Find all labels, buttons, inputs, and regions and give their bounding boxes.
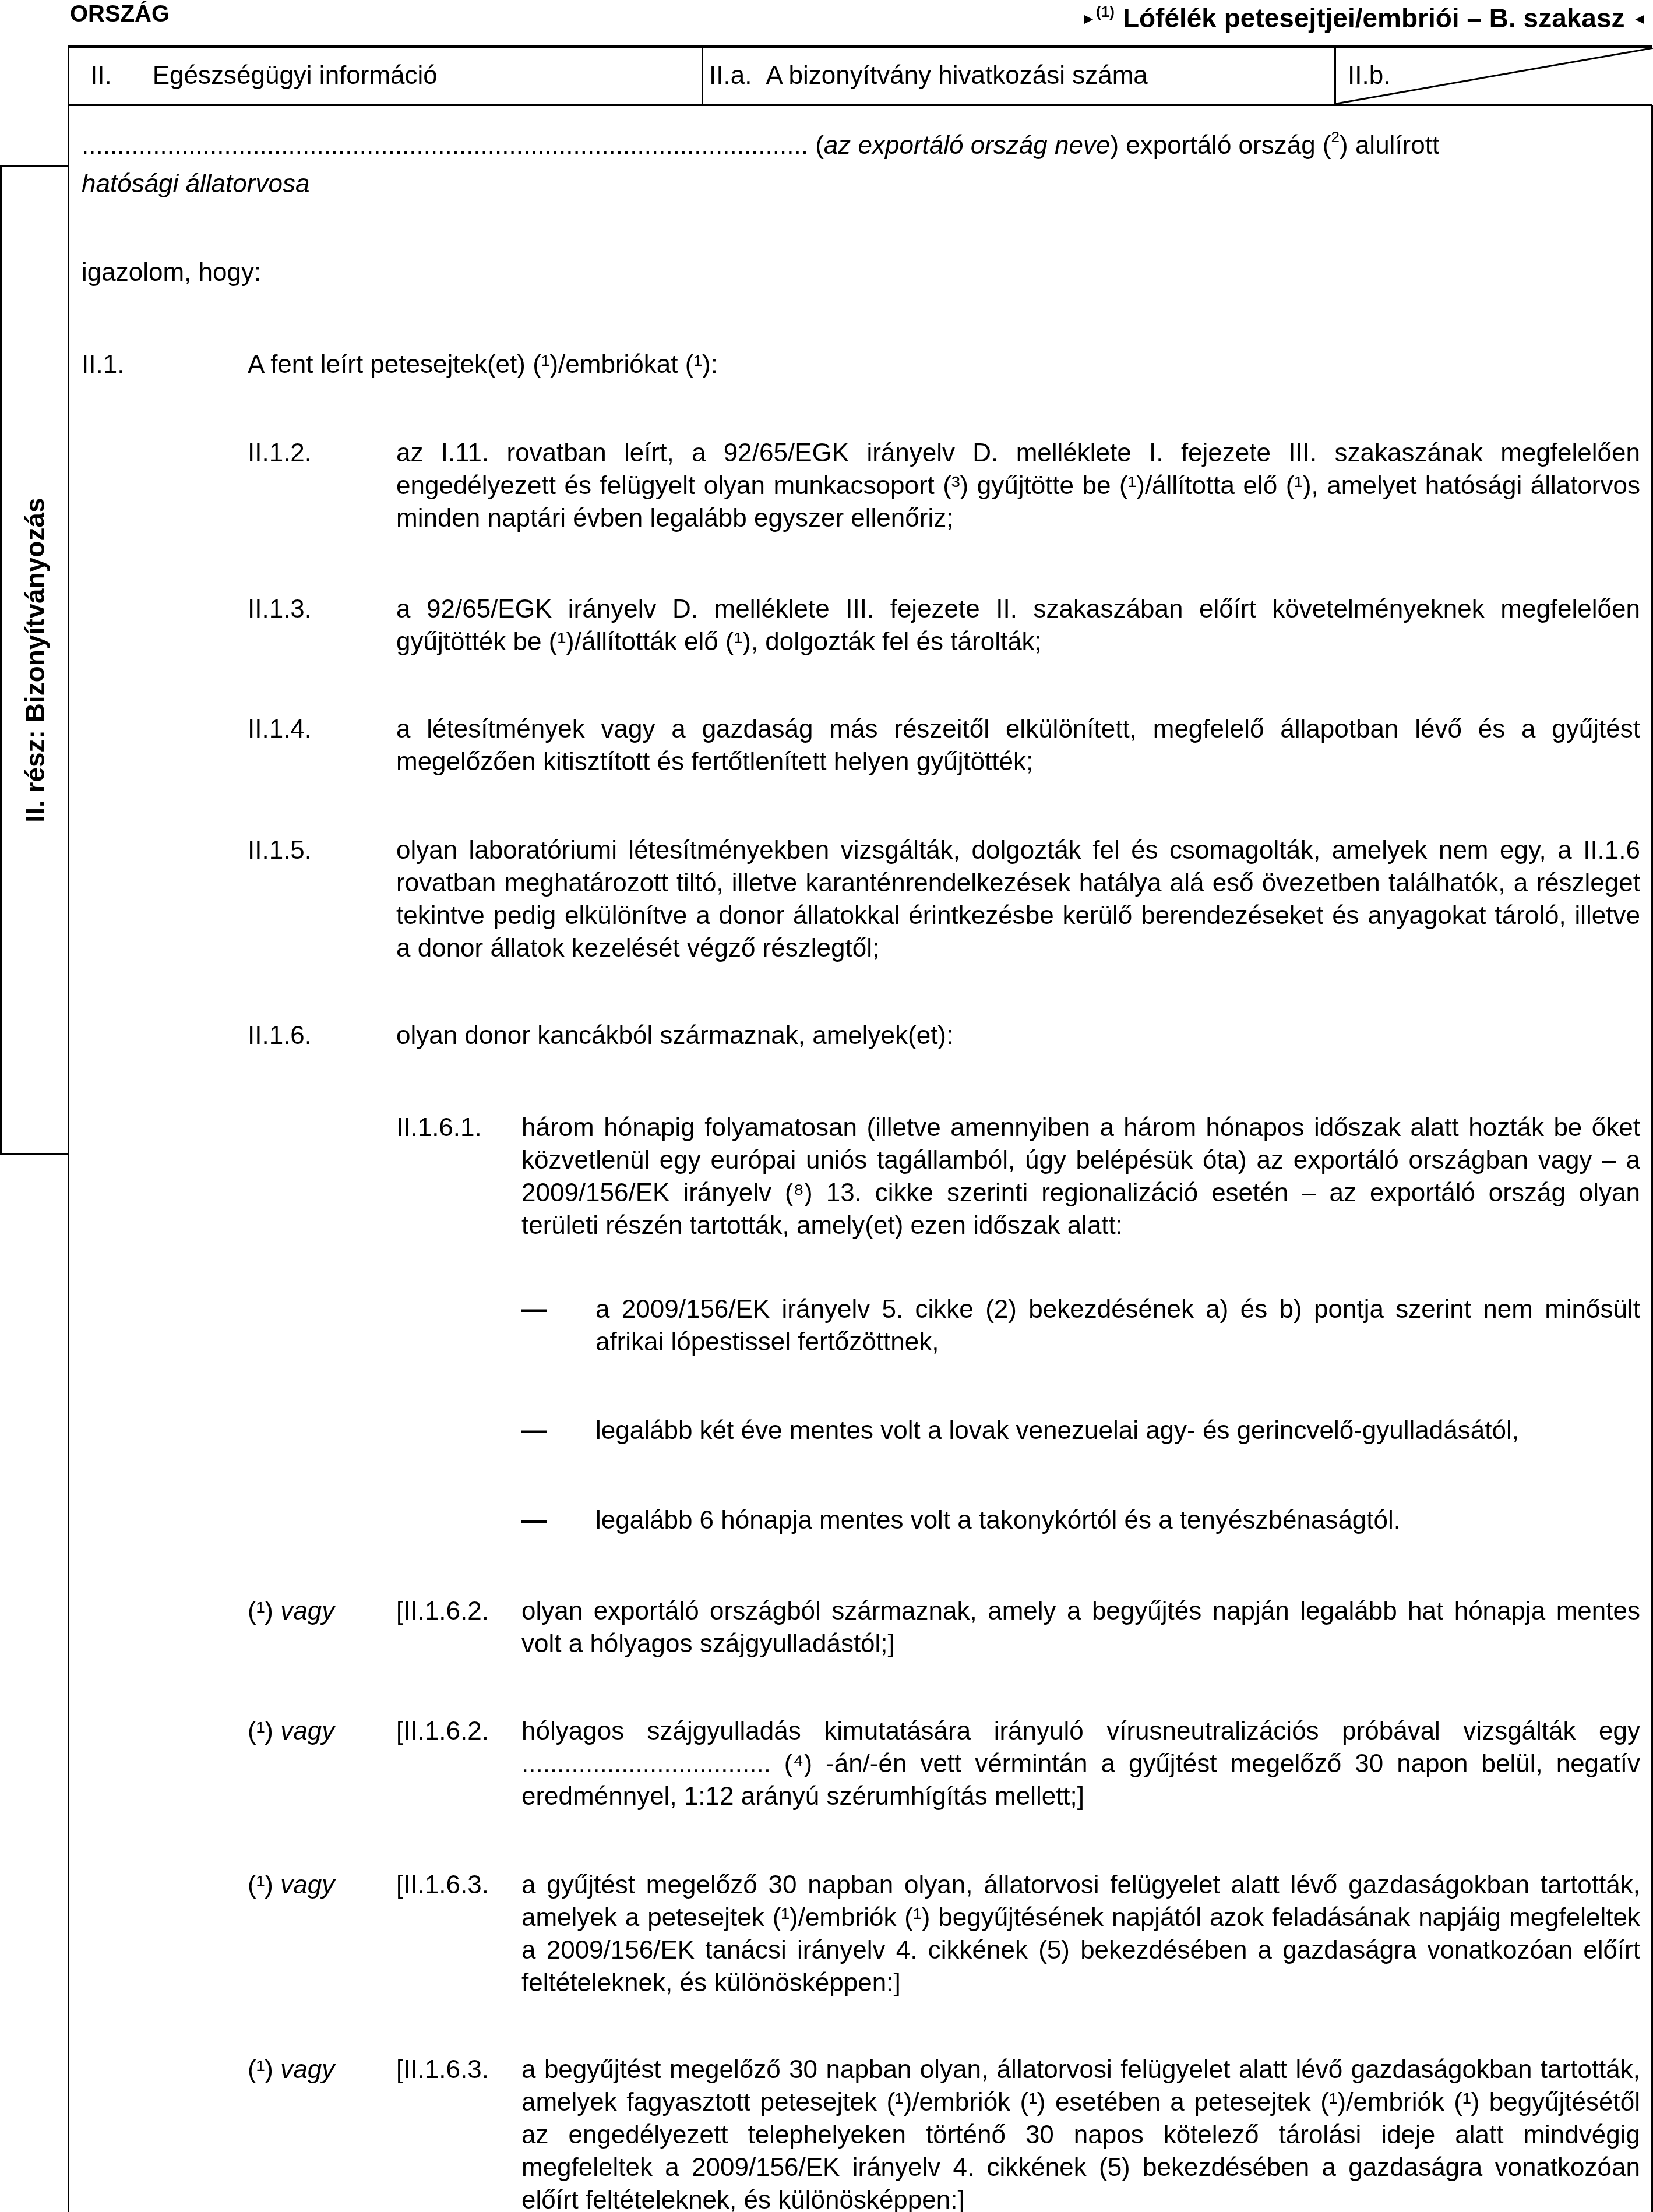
intro-text-end: alulírott bbox=[1355, 131, 1439, 160]
amendment-start-marker-icon: ► bbox=[1081, 10, 1096, 27]
footnote-ref: (¹) bbox=[248, 2055, 273, 2084]
field-iib-label: II.b. bbox=[1336, 48, 1390, 104]
page-heading: ►(1)Lófélék petesejtjei/embriói – B. sza… bbox=[1081, 2, 1647, 34]
section-number: II.1.6. bbox=[248, 1019, 312, 1052]
option-marker: (¹) vagy bbox=[248, 2054, 334, 2086]
section-text: a 92/65/EGK irányelv D. melléklete III. … bbox=[396, 593, 1640, 658]
section-number: II.1.4. bbox=[248, 713, 312, 746]
option-word: vagy bbox=[280, 1871, 334, 1899]
option-number: [II.1.6.3. bbox=[396, 2054, 489, 2086]
section-number: II.1.2. bbox=[248, 437, 312, 470]
subsection-number: II.1.6.1. bbox=[396, 1112, 482, 1144]
section-text: a létesítmények vagy a gazdaság más rész… bbox=[396, 713, 1640, 778]
dash-bullet-icon: — bbox=[521, 1504, 547, 1537]
section-number: II.1. bbox=[82, 348, 124, 381]
amendment-end-marker-icon: ◄ bbox=[1632, 10, 1647, 27]
option-text: a gyűjtést megelőző 30 napban olyan, áll… bbox=[521, 1869, 1640, 1999]
option-number: [II.1.6.2. bbox=[396, 1715, 489, 1748]
option-word: vagy bbox=[280, 1597, 334, 1625]
intro-line-2: hatósági állatorvosa bbox=[82, 168, 309, 200]
footnote-ref: (¹) bbox=[248, 1597, 273, 1625]
certify-text: igazolom, hogy: bbox=[82, 256, 261, 289]
footnote-ref: (¹) bbox=[248, 1717, 273, 1745]
country-label: ORSZÁG bbox=[70, 1, 170, 27]
subsection-text: három hónapig folyamatosan (illetve amen… bbox=[521, 1112, 1640, 1242]
frame-right-border bbox=[1651, 105, 1653, 2212]
option-marker: (¹) vagy bbox=[248, 1595, 334, 1628]
reference-label: A bizonyítvány hivatkozási száma bbox=[766, 48, 1147, 104]
section-text: az I.11. rovatban leírt, a 92/65/EGK irá… bbox=[396, 437, 1640, 535]
option-text: hólyagos szájgyulladás kimutatására irán… bbox=[521, 1715, 1640, 1813]
section-number: II. bbox=[69, 48, 112, 104]
dash-item-text: legalább két éve mentes volt a lovak ven… bbox=[595, 1414, 1519, 1447]
certificate-header-table: II.Egészségügyi információ II.a.A bizony… bbox=[68, 45, 1652, 106]
reference-number-label: II.a. bbox=[703, 48, 752, 104]
dash-bullet-icon: — bbox=[521, 1293, 547, 1326]
section-text: A fent leírt petesejtek(et) (¹)/embrióka… bbox=[248, 348, 718, 381]
option-word: vagy bbox=[280, 1717, 334, 1745]
option-marker: (¹) vagy bbox=[248, 1869, 334, 1901]
option-number: [II.1.6.2. bbox=[396, 1595, 489, 1628]
option-text: a begyűjtést megelőző 30 napban olyan, á… bbox=[521, 2054, 1640, 2212]
option-marker: (¹) vagy bbox=[248, 1715, 334, 1748]
intro-line-1: ........................................… bbox=[82, 129, 1631, 162]
section-number: II.1.5. bbox=[248, 834, 312, 867]
option-number: [II.1.6.3. bbox=[396, 1869, 489, 1901]
dash-item-text: a 2009/156/EK irányelv 5. cikke (2) beke… bbox=[595, 1293, 1640, 1359]
intro-text: exportáló ország bbox=[1126, 131, 1315, 160]
date-fill-field[interactable]: ................................... bbox=[521, 1749, 771, 1778]
dash-bullet-icon: — bbox=[521, 1414, 547, 1447]
heading-reference: (1) bbox=[1096, 3, 1115, 20]
footnote-ref: (¹) bbox=[248, 1871, 273, 1899]
country-name-fill-field[interactable]: ........................................… bbox=[82, 131, 808, 160]
option-text: olyan exportáló országból származnak, am… bbox=[521, 1595, 1640, 1660]
footnote-ref: 2 bbox=[1331, 128, 1340, 146]
option-word: vagy bbox=[280, 2055, 334, 2084]
section-number: II.1.3. bbox=[248, 593, 312, 626]
certificate-reference-cell: II.a.A bizonyítvány hivatkozási száma bbox=[703, 48, 1336, 104]
dash-item-text: legalább 6 hónapja mentes volt a takonyk… bbox=[595, 1504, 1401, 1537]
intro-italic: az exportáló ország neve bbox=[824, 131, 1111, 160]
side-label: II. rész: Bizonyítványozás bbox=[0, 165, 69, 1155]
option-text-part: hólyagos szájgyulladás kimutatására irán… bbox=[521, 1717, 1640, 1745]
heading-title: Lófélék petesejtjei/embriói – B. szakasz bbox=[1123, 3, 1625, 33]
section-label: Egészségügyi információ bbox=[153, 48, 438, 104]
field-iib-cell: II.b. bbox=[1336, 48, 1653, 104]
side-label-text: II. rész: Bizonyítványozás bbox=[19, 498, 51, 822]
section-text: olyan laboratóriumi létesítményekben viz… bbox=[396, 834, 1640, 965]
health-information-cell: II.Egészségügyi információ bbox=[69, 48, 703, 104]
section-text: olyan donor kancákból származnak, amelye… bbox=[396, 1019, 953, 1052]
